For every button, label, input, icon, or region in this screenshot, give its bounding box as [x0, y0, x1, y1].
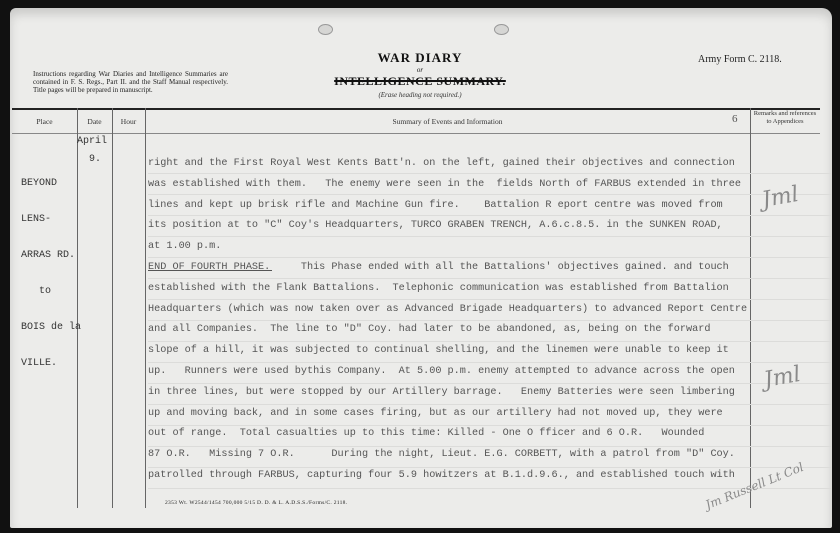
form-footer: 2353 Wt. W2544/1454 700,000 5/15 D. D. &…: [165, 500, 347, 506]
col-divider: [145, 108, 146, 508]
summary-line: out of range. Total casualties up to thi…: [148, 424, 748, 445]
summary-line: Headquarters (which was now taken over a…: [148, 300, 748, 321]
heading-underline: [148, 270, 272, 271]
summary-line: lines and kept up brisk rifle and Machin…: [148, 196, 748, 217]
date-month: April: [77, 136, 107, 147]
col-header-date: Date: [77, 117, 112, 126]
col-header-remarks: Remarks and references to Appendices: [752, 110, 818, 125]
summary-line: established with the Flank Battalions. T…: [148, 279, 748, 300]
summary-line: was established with them. The enemy wer…: [148, 175, 748, 196]
place-line: LENS-: [21, 214, 81, 226]
summary-line: and all Companies. The line to "D" Coy. …: [148, 320, 748, 341]
summary-line: slope of a hill, it was subjected to con…: [148, 341, 748, 362]
summary-line: in three lines, but were stopped by our …: [148, 383, 748, 404]
place-line: BOIS de la: [21, 322, 81, 334]
punch-hole: [494, 24, 509, 35]
army-form-number: Army Form C. 2118.: [698, 54, 782, 65]
col-header-place: Place: [12, 117, 77, 126]
place-line: VILLE.: [21, 358, 81, 370]
summary-text: right and the First Royal West Kents Bat…: [148, 154, 748, 487]
instructions: Instructions regarding War Diaries and I…: [33, 70, 228, 94]
summary-line: at 1.00 p.m.: [148, 237, 748, 258]
summary-line: up and moving back, and in some cases fi…: [148, 404, 748, 425]
header-rule-bottom: [12, 133, 820, 134]
summary-line: patrolled through FARBUS, capturing four…: [148, 466, 748, 487]
summary-line: 87 O.R. Missing 7 O.R. During the night,…: [148, 445, 748, 466]
summary-line: right and the First Royal West Kents Bat…: [148, 154, 748, 175]
punch-hole: [318, 24, 333, 35]
date-day: 9.: [89, 154, 101, 165]
col-divider: [112, 108, 113, 508]
page-number: 6: [732, 113, 738, 125]
col-header-hour: Hour: [112, 117, 145, 126]
place-cell: BEYOND LENS- ARRAS RD. to BOIS de la VIL…: [21, 154, 81, 382]
summary-line: up. Runners were used bythis Company. At…: [148, 362, 748, 383]
place-line: to: [21, 286, 81, 298]
header-rule-top: [12, 108, 820, 110]
col-divider: [750, 108, 751, 508]
summary-line: its position at to "C" Coy's Headquarter…: [148, 216, 748, 237]
summary-line: END OF FOURTH PHASE. This Phase ended wi…: [148, 258, 748, 279]
place-line: BEYOND: [21, 178, 81, 190]
col-header-summary: Summary of Events and Information: [145, 117, 750, 126]
place-line: ARRAS RD.: [21, 250, 81, 262]
